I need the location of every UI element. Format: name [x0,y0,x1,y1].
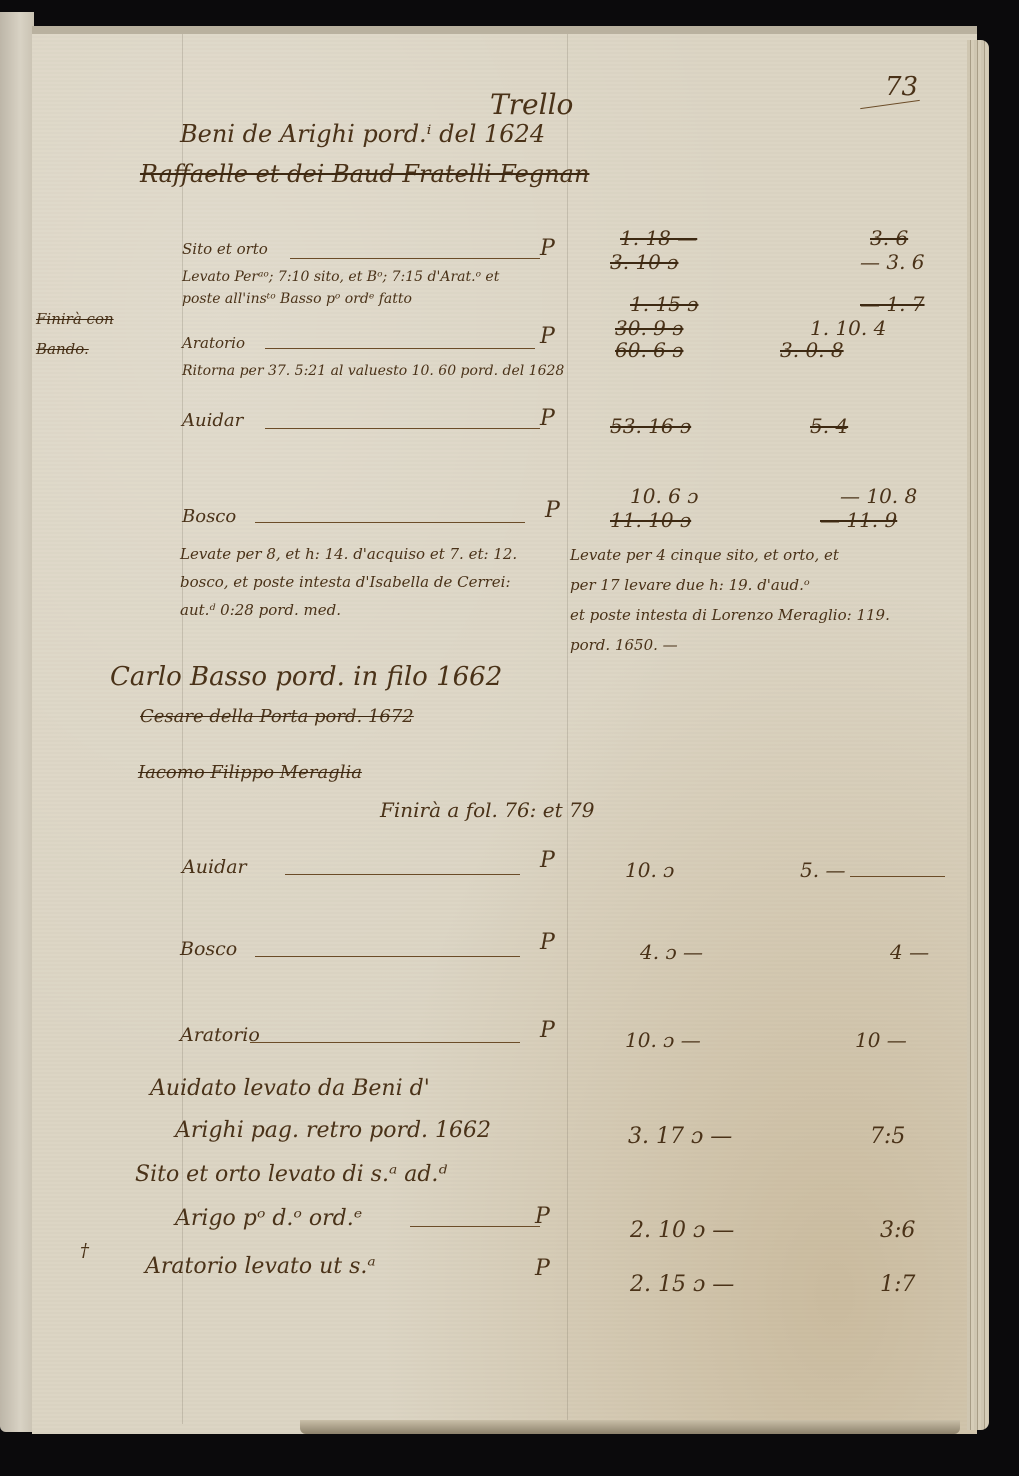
page-stack-edges [967,40,989,1430]
leader-line [250,1042,520,1043]
entry-mark: P [545,498,560,523]
ledger-label: Bosco [180,938,237,960]
continuation-note: Finirà a fol. 76: et 79 [380,798,594,822]
ledger-amount: 5. — [800,858,845,882]
column-ruling [567,34,568,1424]
ledger-amount: 10 — [855,1028,907,1052]
bottom-amount: 2. 10 ɔ — [630,1218,734,1243]
amount: — 3. 6 [860,250,925,274]
amount: 60. 6 ɔ [615,338,683,362]
bottom-amount: 1:7 [880,1272,915,1297]
amount: — 1. 7 [860,292,925,316]
ledger-mark: P [540,848,555,873]
entry-note: Ritorna per 37. 5:21 al valuesto 10. 60 … [182,360,582,382]
amount: 3. 0. 8 [780,338,844,362]
ledger-mark: P [540,930,555,955]
margin-note-2: Bando. [36,340,89,358]
bottom-entry-line: Aratorio levato ut s.ᵃ [145,1254,376,1279]
leader-line [265,428,540,429]
entry-mark: P [540,324,555,349]
bottom-entry-line: Sito et orto levato di s.ᵃ ad.ᵈ [135,1162,447,1187]
amount: 1. 15 ɔ [630,292,698,316]
amount: 53. 16 ɔ [610,414,691,438]
ledger-amount: 4. ɔ — [640,940,703,964]
amount: 1. 18 — [620,226,697,250]
bottom-entry-line: Auidato levato da Beni d' [150,1076,430,1101]
amount: 3. 10 ɔ [610,250,678,274]
leader-line [850,876,945,877]
amount: 10. 6 ɔ [630,484,698,508]
leader-line [410,1226,540,1227]
right-note-4: pord. 1650. — [570,636,678,654]
leader-line [255,522,525,523]
entry-note: Levato Perᵃᵒ; 7:10 sito, et Bᵒ; 7:15 d'A… [182,266,542,310]
owner-name: Carlo Basso pord. in filo 1662 [110,662,502,692]
facing-page-edge [0,12,34,1432]
folio-number: 73 [885,72,918,102]
ledger-mark: P [540,1018,555,1043]
owner-name-struck: Cesare della Porta pord. 1672 [140,706,414,727]
amount: 30. 9 ɔ [615,316,683,340]
page-bottom-edge [300,1420,960,1434]
bottom-mark: P [535,1256,550,1281]
entry-label: Sito et orto [182,240,268,258]
ledger-label: Auidar [182,856,247,878]
ledger-amount: 10. ɔ — [625,1028,701,1052]
entry-note: Levate per 8, et h: 14. d'acquiso et 7. … [180,540,550,624]
leader-line [290,258,540,259]
ledger-label: Aratorio [180,1024,260,1046]
bottom-amount: 3. 17 ɔ — [628,1124,732,1149]
leader-line [255,956,520,957]
amount: 1. 10. 4 [810,316,886,340]
manuscript-page [32,26,977,1434]
owner-name-struck: Iacomo Filippo Meraglia [138,762,362,783]
amount: 11. 10 ɔ [610,508,691,532]
bottom-entry-line: Arighi pag. retro pord. 1662 [175,1118,491,1143]
entry-mark: P [540,236,555,261]
bottom-mark: P [535,1204,550,1229]
right-note-3: et poste intesta di Lorenzo Meraglio: 11… [570,606,890,624]
margin-note-1: Finirà con [36,310,114,328]
entry-mark: P [540,406,555,431]
bottom-amount: 2. 15 ɔ — [630,1272,734,1297]
bottom-amount: 3:6 [880,1218,915,1243]
place-heading: Trello [490,88,573,121]
amount: 3. 6 [870,226,908,250]
leader-line [265,348,535,349]
margin-mark: † [80,1240,89,1261]
ledger-amount: 10. ɔ [625,858,674,882]
bottom-amount: 7:5 [870,1124,905,1149]
ledger-amount: 4 — [890,940,929,964]
amount: — 10. 8 [840,484,917,508]
entry-label: Bosco [182,506,236,527]
right-note-1: Levate per 4 cinque sito, et orto, et [570,546,839,564]
amount: 5. 4 [810,414,848,438]
right-note-2: per 17 levare due h: 19. d'aud.ᵒ [570,576,810,594]
title-line: Beni de Arighi pord.ⁱ del 1624 [180,120,545,148]
bottom-entry-line: Arigo pᵒ d.ᵒ ord.ᵉ [175,1206,362,1231]
entry-label: Aratorio [182,334,245,352]
leader-line [285,874,520,875]
amount: — 11. 9 [820,508,897,532]
entry-label: Auidar [182,410,243,431]
struck-owner-line: Raffaelle et dei Baud Fratelli Fegnan [140,160,589,188]
